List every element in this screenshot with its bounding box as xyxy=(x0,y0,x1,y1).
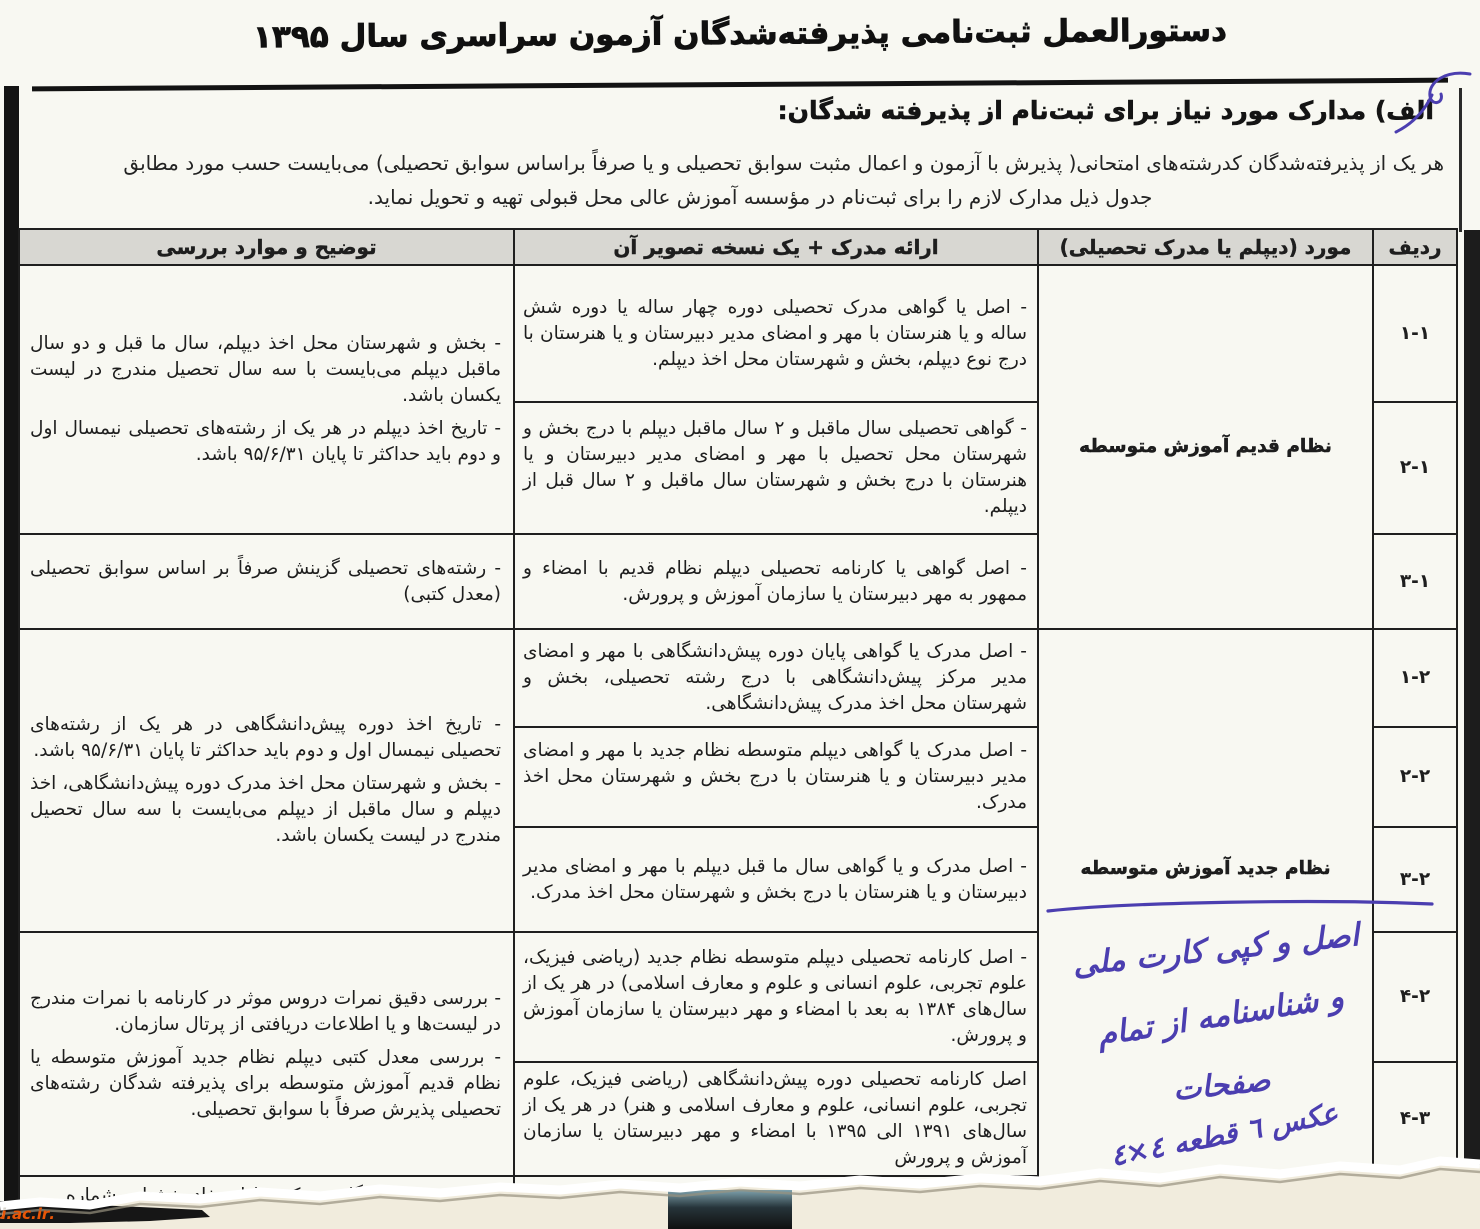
row-number: ۱-۲ xyxy=(1400,667,1430,688)
note-bullet: - بخش و شهرستان محل اخذ دیپلم، سال ما قب… xyxy=(30,331,501,409)
requirements-table: ردیف مورد (دیپلم یا مدرک تحصیلی) ارائه م… xyxy=(18,228,1458,1229)
header-case: مورد (دیپلم یا مدرک تحصیلی) xyxy=(1038,229,1373,265)
notes-cell-partial: - در خصوص دارندگان مدرک معادل مفاد بخشنا… xyxy=(19,1176,514,1229)
section-heading: الف) مدارک مورد نیاز برای ثبت‌نام از پذی… xyxy=(778,96,1434,125)
row-number-cell: ۳-۲ xyxy=(1373,827,1457,932)
row-number: ۳-۲ xyxy=(1400,869,1430,890)
row-number-cell: ۴-۳ xyxy=(1373,1062,1457,1176)
document-cell: اصل کارنامه تحصیلی دوره پیش‌دانشگاهی (ری… xyxy=(514,1062,1038,1176)
document-cell: - اصل مدرک و یا گواهی سال ما قبل دیپلم ب… xyxy=(514,827,1038,932)
scan-left-edge xyxy=(4,86,19,1211)
header-row-number: ردیف xyxy=(1373,229,1457,265)
document-cell-empty xyxy=(514,1176,1038,1229)
intro-paragraph: هر یک از پذیرفته‌شدگان کدرشته‌های امتحان… xyxy=(36,146,1444,214)
row-number-cell: ۱-۲ xyxy=(1373,629,1457,727)
row-number: ۱-۱ xyxy=(1400,323,1430,344)
note-bullet: - تاریخ اخذ دیپلم در هر یک از رشته‌های ت… xyxy=(30,416,501,468)
document-cell: - اصل کارنامه تحصیلی دیپلم متوسطه نظام ج… xyxy=(514,932,1038,1062)
notes-cell-new-system: - تاریخ اخذ دوره پیش‌دانشگاهی در هر یک ا… xyxy=(19,629,514,932)
note-bullet: - رشته‌های تحصیلی گزینش صرفاً بر اساس سو… xyxy=(30,556,501,608)
document-cell: - اصل مدرک یا گواهی پایان دوره پیش‌دانشگ… xyxy=(514,629,1038,727)
row-number: ۴-۳ xyxy=(1400,1108,1430,1129)
row-number-cell: ۳-۱ xyxy=(1373,534,1457,629)
row-number: ۴-۲ xyxy=(1400,986,1430,1007)
row-number-cell: ۲-۱ xyxy=(1373,402,1457,534)
document-cell: - اصل مدرک یا گواهی دیپلم متوسطه نظام جد… xyxy=(514,727,1038,827)
document-cell: - اصل یا گواهی مدرک تحصیلی دوره چهار سال… xyxy=(514,265,1038,402)
note-bullet: - بررسی معدل کتبی دیپلم نظام جدید آموزش … xyxy=(30,1045,501,1123)
scan-right-edge xyxy=(1464,230,1480,1175)
table-header-row: ردیف مورد (دیپلم یا مدرک تحصیلی) ارائه م… xyxy=(19,229,1457,265)
row-number: ۲-۲ xyxy=(1400,766,1430,787)
document-title: دستورالعمل ثبت‌نامی پذیرفته‌شدگان آزمون … xyxy=(240,13,1240,56)
document-cell: - اصل گواهی یا کارنامه تحصیلی دیپلم نظام… xyxy=(514,534,1038,629)
header-notes: توضیح و موارد بررسی xyxy=(19,229,514,265)
table-row: ۱-۱ نظام قدیم آموزش متوسطه - اصل یا گواه… xyxy=(19,265,1457,402)
group-new-system-cell: نظام جدید آموزش متوسطه xyxy=(1038,629,1373,1229)
table-row: ۱-۲ نظام جدید آموزش متوسطه - اصل مدرک یا… xyxy=(19,629,1457,727)
group-new-system-label: نظام جدید آموزش متوسطه xyxy=(1040,856,1371,882)
row-number: ۳-۱ xyxy=(1400,571,1430,592)
row-number: ۲-۱ xyxy=(1400,457,1430,478)
document-cell: - گواهی تحصیلی سال ماقبل و ۲ سال ماقبل د… xyxy=(514,402,1038,534)
row-number-cell-empty xyxy=(1373,1176,1457,1229)
group-old-system-cell: نظام قدیم آموزش متوسطه xyxy=(1038,265,1373,629)
note-bullet: - تاریخ اخذ دوره پیش‌دانشگاهی در هر یک ا… xyxy=(30,712,501,764)
notes-cell-old-records: - رشته‌های تحصیلی گزینش صرفاً بر اساس سو… xyxy=(19,534,514,629)
scanned-document-page: دستورالعمل ثبت‌نامی پذیرفته‌شدگان آزمون … xyxy=(0,0,1480,1229)
scan-right-edge-upper xyxy=(1459,88,1462,232)
notes-cell-old-system: - بخش و شهرستان محل اخذ دیپلم، سال ما قب… xyxy=(19,265,514,534)
row-number-cell: ۴-۲ xyxy=(1373,932,1457,1062)
intro-line-1: هر یک از پذیرفته‌شدگان کدرشته‌های امتحان… xyxy=(36,146,1444,180)
row-number-cell: ۱-۱ xyxy=(1373,265,1457,402)
intro-line-2: جدول ذیل مدارک لازم را برای ثبت‌نام در م… xyxy=(36,180,1444,214)
note-bullet: - بخش و شهرستان محل اخذ مدرک دوره پیش‌دا… xyxy=(30,771,501,849)
title-underline-rule xyxy=(32,78,1448,92)
row-number-cell: ۲-۲ xyxy=(1373,727,1457,827)
note-bullet: - بررسی دقیق نمرات دروس موثر در کارنامه … xyxy=(30,986,501,1038)
notes-cell-transcripts: - بررسی دقیق نمرات دروس موثر در کارنامه … xyxy=(19,932,514,1176)
header-document: ارائه مدرک + یک نسخه تصویر آن xyxy=(514,229,1038,265)
